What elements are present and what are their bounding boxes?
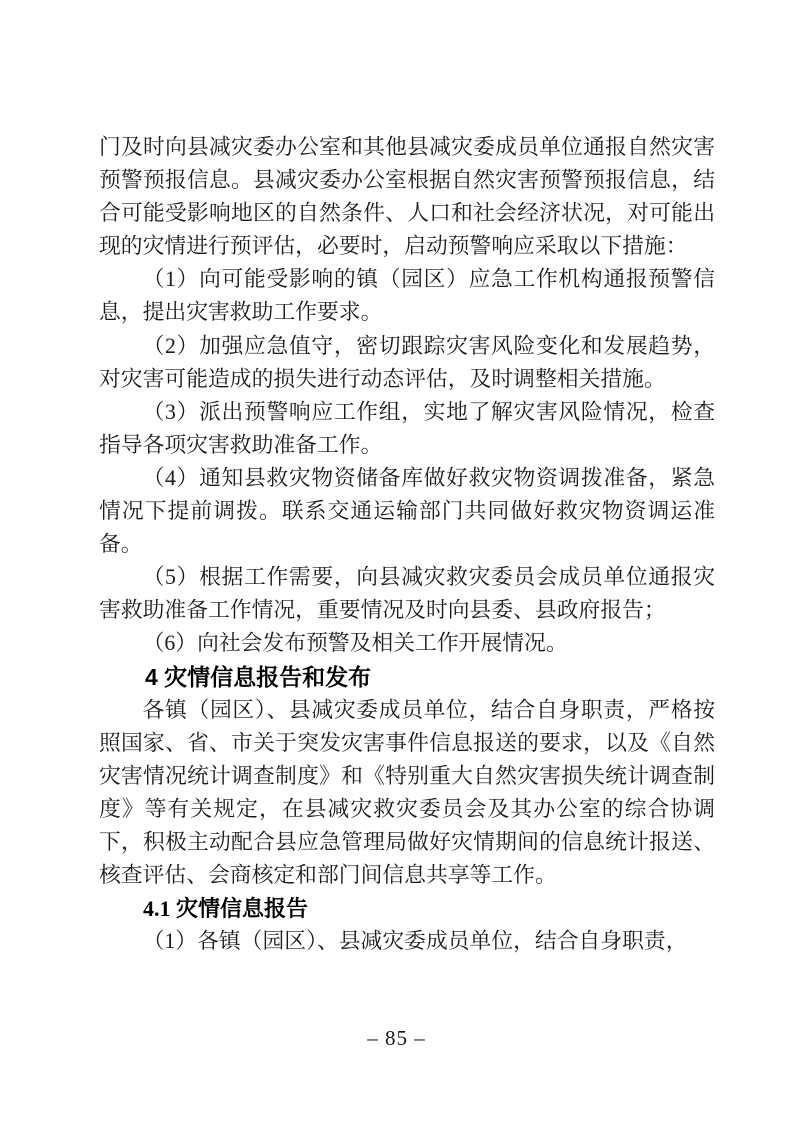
- section-heading-4-1: 4.1 灾情信息报告: [99, 892, 715, 925]
- list-item-3: （3）派出预警响应工作组，实地了解灾害风险情况，检查指导各项灾害救助准备工作。: [99, 396, 715, 462]
- paragraph-section-4: 各镇（园区）、县减灾委成员单位，结合自身职责，严格按照国家、省、市关于突发灾害事…: [99, 694, 715, 893]
- list-item-6: （6）向社会发布预警及相关工作开展情况。: [99, 627, 715, 660]
- page-footer: – 85 –: [0, 1026, 793, 1051]
- list-item-5: （5）根据工作需要，向县减灾救灾委员会成员单位通报灾害救助准备工作情况，重要情况…: [99, 561, 715, 627]
- list-item-1: （1）向可能受影响的镇（园区）应急工作机构通报预警信息，提出灾害救助工作要求。: [99, 263, 715, 329]
- section-heading-4: 4 灾情信息报告和发布: [99, 661, 715, 694]
- paragraph-section-4-1: （1）各镇（园区）、县减灾委成员单位，结合自身职责，: [99, 925, 715, 958]
- document-page: 门及时向县减灾委办公室和其他县减灾委成员单位通报自然灾害预警预报信息。县减灾委办…: [0, 0, 793, 1122]
- document-body: 门及时向县减灾委办公室和其他县减灾委成员单位通报自然灾害预警预报信息。县减灾委办…: [99, 131, 715, 958]
- list-item-2: （2）加强应急值守，密切跟踪灾害风险变化和发展趋势，对灾害可能造成的损失进行动态…: [99, 330, 715, 396]
- page-number: – 85 –: [367, 1026, 426, 1050]
- list-item-4: （4）通知县救灾物资储备库做好救灾物资调拨准备，紧急情况下提前调拨。联系交通运输…: [99, 462, 715, 561]
- paragraph-continuation: 门及时向县减灾委办公室和其他县减灾委成员单位通报自然灾害预警预报信息。县减灾委办…: [99, 131, 715, 263]
